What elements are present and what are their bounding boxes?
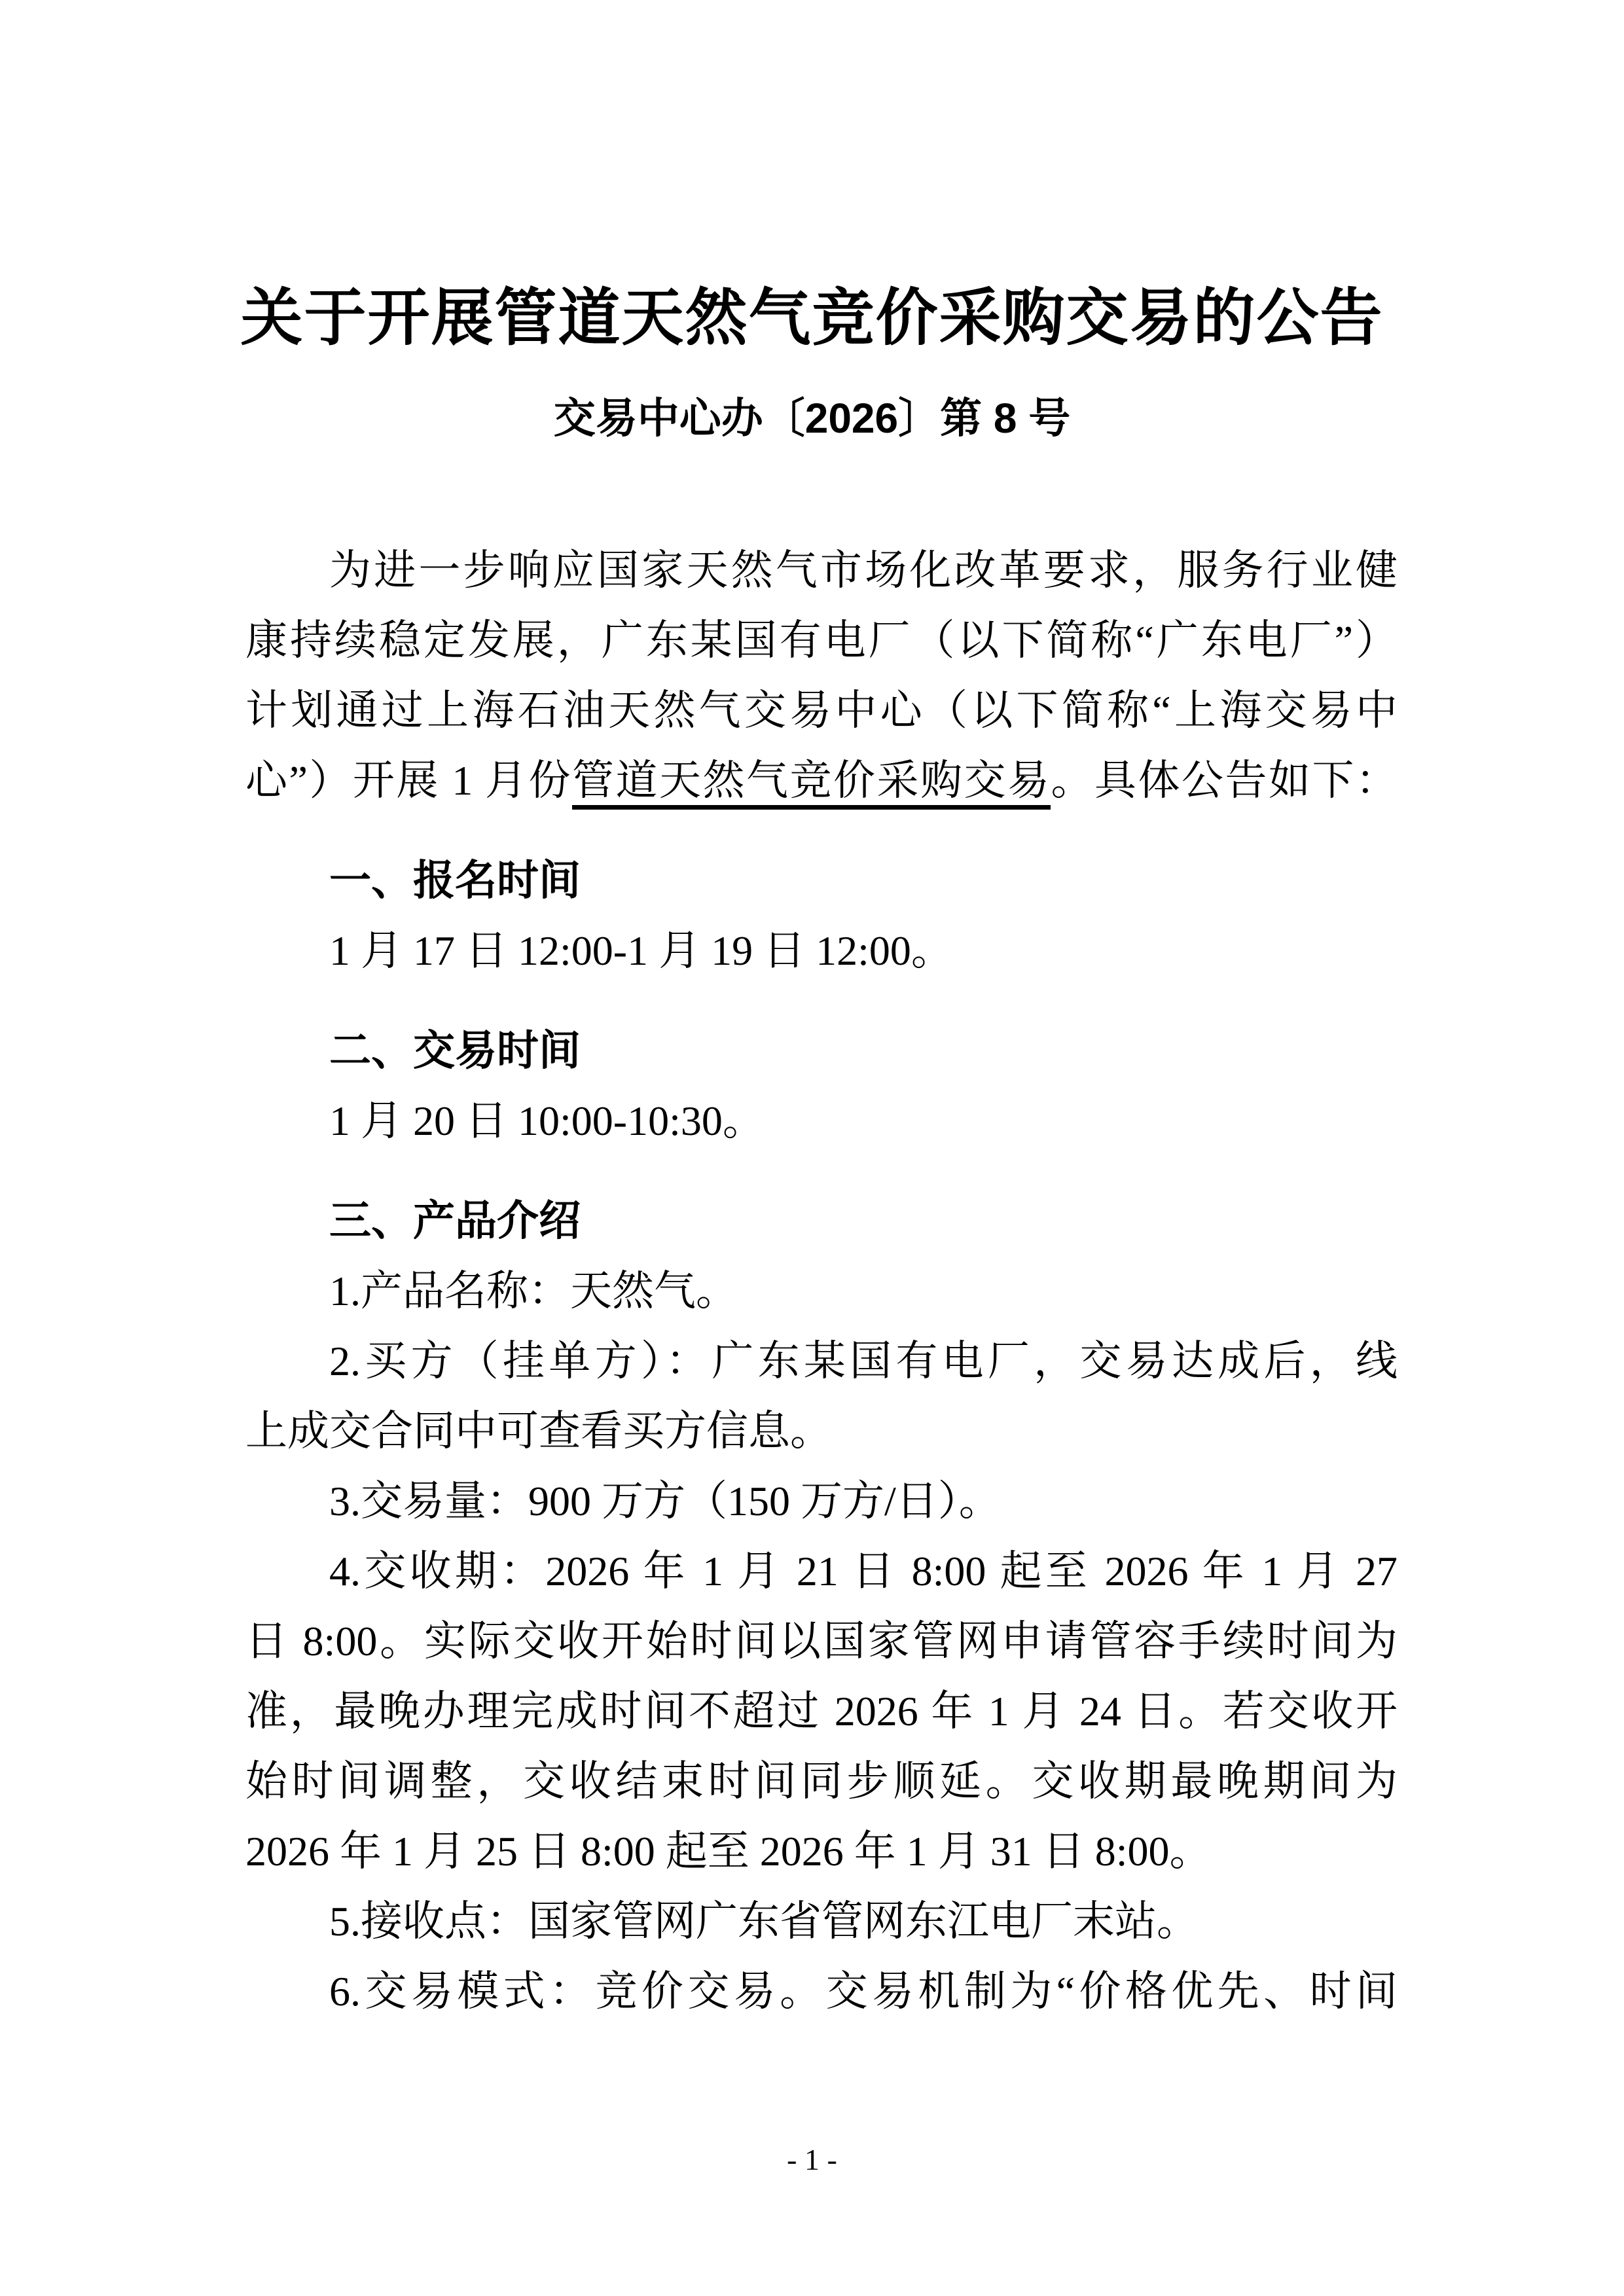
underlined-phrase: 管道天然气竞价采购交易 — [572, 757, 1051, 810]
section-1-line-1: 1 月 17 日 12:00-1 月 19 日 12:00。 — [245, 916, 1398, 986]
section-2-heading: 二、交易时间 — [245, 1016, 1398, 1086]
intro-line-2: 康持续稳定发展，广东某国有电厂（以下简称“广东电厂”） — [245, 605, 1398, 675]
section-3-item-4-line-5: 2026 年 1 月 25 日 8:00 起至 2026 年 1 月 31 日 … — [245, 1816, 1398, 1886]
section-3-item-2-line-1: 2.买方（挂单方）：广东某国有电厂，交易达成后，线 — [245, 1326, 1398, 1396]
section-3-item-4-line-1: 4.交收期：2026 年 1 月 21 日 8:00 起至 2026 年 1 月… — [245, 1536, 1398, 1606]
section-2-line-1: 1 月 20 日 10:00-10:30。 — [245, 1086, 1398, 1156]
intro-line-3: 计划通过上海石油天然气交易中心（以下简称“上海交易中 — [245, 675, 1398, 745]
intro-line-4-post: 。具体公告如下： — [1051, 757, 1398, 804]
section-3-item-1: 1.产品名称：天然气。 — [245, 1256, 1398, 1326]
section-3-item-4-line-3: 准，最晚办理完成时间不超过 2026 年 1 月 24 日。若交收开 — [245, 1676, 1398, 1746]
document-number: 交易中心办〔2026〕第 8 号 — [0, 384, 1624, 454]
section-3-item-4-line-2: 日 8:00。实际交收开始时间以国家管网申请管容手续时间为 — [245, 1606, 1398, 1676]
section-3-heading: 三、产品介绍 — [245, 1186, 1398, 1256]
page-number: - 1 - — [0, 2139, 1624, 2181]
section-3-item-6-line-1: 6.交易模式：竞价交易。交易机制为“价格优先、时间 — [245, 1956, 1398, 2026]
intro-line-4: 心”）开展 1 月份管道天然气竞价采购交易。具体公告如下： — [245, 745, 1398, 816]
section-3-item-2-line-2: 上成交合同中可查看买方信息。 — [245, 1396, 1398, 1466]
document-body: 为进一步响应国家天然气市场化改革要求，服务行业健 康持续稳定发展，广东某国有电厂… — [245, 535, 1398, 2026]
section-3-item-4-line-4: 始时间调整，交收结束时间同步顺延。交收期最晚期间为 — [245, 1746, 1398, 1816]
section-3-item-5: 5.接收点：国家管网广东省管网东江电厂末站。 — [245, 1886, 1398, 1956]
intro-line-4-pre: 心”）开展 1 月份 — [245, 757, 572, 804]
intro-line-1: 为进一步响应国家天然气市场化改革要求，服务行业健 — [245, 535, 1398, 605]
section-1-heading: 一、报名时间 — [245, 846, 1398, 916]
section-3-item-3: 3.交易量：900 万方（150 万方/日）。 — [245, 1466, 1398, 1536]
document-title: 关于开展管道天然气竞价采购交易的公告 — [0, 278, 1624, 359]
document-page: 关于开展管道天然气竞价采购交易的公告 交易中心办〔2026〕第 8 号 为进一步… — [0, 0, 1624, 2296]
